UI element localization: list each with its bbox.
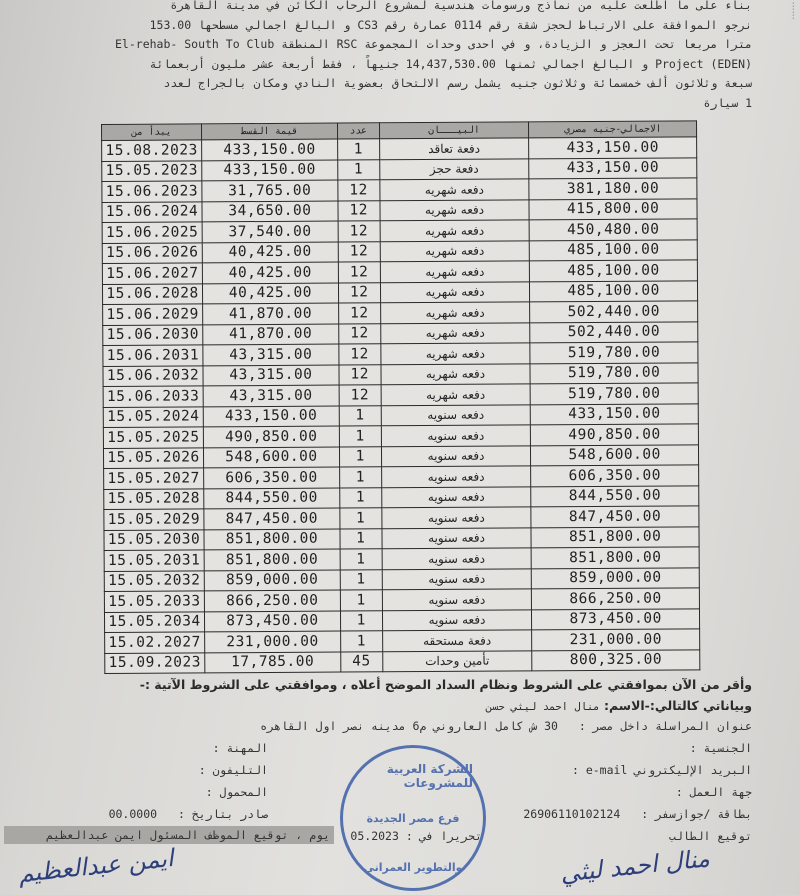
terms-section: وأقر من الآن بموافقتي على الشروط ونظام ا… — [12, 674, 752, 718]
cell-installment-value: 41,870.00 — [203, 303, 339, 324]
cell-description: دفعه شهريه — [380, 322, 530, 343]
cell-total: 433,150.00 — [529, 157, 697, 179]
cell-installment-value: 43,315.00 — [203, 385, 339, 406]
cell-description: دفعه شهريه — [381, 343, 531, 364]
cell-count: 1 — [339, 446, 381, 467]
cell-installment-value: 40,425.00 — [202, 242, 338, 263]
cell-description: دفعه سنويه — [381, 486, 531, 507]
id-field: بطاقة /جوازسفر : 26906110102124 — [523, 807, 752, 821]
cell-count: 1 — [338, 159, 380, 180]
name-value: منال احمد ليثي حسن — [486, 701, 600, 713]
cell-count: 1 — [340, 528, 382, 549]
cell-start-date: 15.06.2029 — [103, 304, 203, 325]
issued-label: صادر بتاريخ : — [178, 807, 268, 821]
cell-total: 485,100.00 — [530, 260, 698, 282]
cell-description: دفعه شهريه — [380, 220, 530, 241]
cell-count: 12 — [338, 262, 380, 283]
cell-start-date: 15.05.2023 — [102, 160, 202, 181]
cell-start-date: 15.08.2023 — [102, 140, 202, 161]
cell-count: 1 — [340, 610, 382, 631]
cell-description: دفعه سنويه — [382, 527, 532, 548]
profession-label: المهنة : — [213, 741, 268, 755]
cell-start-date: 15.09.2023 — [105, 652, 205, 673]
name-label: وبياناتي كالتالي:-الاسم: — [604, 698, 752, 713]
cell-description: دفعه سنويه — [382, 589, 532, 610]
intro-line: Project (EDEN) و البالغ اجمالي ثمنها 14,… — [12, 55, 752, 75]
cell-description: دفعه سنويه — [381, 425, 531, 446]
cell-total: 847,450.00 — [531, 506, 699, 528]
nationality-field: الجنسية : — [690, 741, 752, 755]
cell-count: 1 — [340, 508, 382, 529]
margin-marks: ::: — [791, 2, 796, 20]
cell-description: دفعه سنويه — [382, 568, 532, 589]
cell-installment-value: 433,150.00 — [203, 406, 339, 427]
cell-total: 433,150.00 — [531, 403, 699, 425]
cell-installment-value: 606,350.00 — [204, 467, 340, 488]
cell-installment-value: 851,800.00 — [204, 549, 340, 570]
cell-description: دفعه سنويه — [381, 466, 531, 487]
cell-start-date: 15.06.2023 — [102, 181, 202, 202]
phone-label: التليفون : — [199, 763, 268, 777]
intro-line: مترا مربعا تحت العجز و الزيادة، و في احد… — [12, 35, 752, 55]
stamp-top-text: الشركة العربية للمشروعات — [353, 762, 473, 790]
phone-field: التليفون : — [199, 763, 268, 777]
cell-total: 485,100.00 — [530, 280, 698, 302]
header-total: الاجمالي-جنيه مصري — [529, 121, 697, 138]
cell-count: 1 — [340, 631, 382, 652]
cell-installment-value: 17,785.00 — [205, 652, 341, 673]
cell-start-date: 15.05.2033 — [104, 591, 204, 612]
address-field: عنوان المراسلة داخل مصر : 30 ش كامل العا… — [260, 719, 752, 733]
cell-start-date: 15.02.2027 — [105, 632, 205, 653]
cell-installment-value: 41,870.00 — [203, 324, 339, 345]
table-body: 15.08.2023433,150.001دفعة تعاقد433,150.0… — [102, 137, 700, 674]
cell-start-date: 15.06.2031 — [103, 345, 203, 366]
cell-installment-value: 43,315.00 — [203, 365, 339, 386]
terms-name-line: وبياناتي كالتالي:-الاسم: منال احمد ليثي … — [12, 695, 752, 718]
cell-description: دفعه شهريه — [381, 363, 531, 384]
cell-description: دفعه شهريه — [380, 199, 530, 220]
cell-start-date: 15.05.2026 — [103, 447, 203, 468]
cell-count: 12 — [339, 344, 381, 365]
cell-description: دفعه سنويه — [381, 404, 531, 425]
cell-start-date: 15.05.2031 — [104, 550, 204, 571]
cell-count: 1 — [337, 139, 379, 160]
cell-total: 502,440.00 — [530, 301, 698, 323]
cell-total: 415,800.00 — [529, 198, 697, 220]
payment-schedule-table: يبدأ من قيمة القسط عدد البيـــان الاجمال… — [101, 120, 700, 674]
cell-installment-value: 37,540.00 — [202, 221, 338, 242]
cell-total: 381,180.00 — [529, 178, 697, 200]
cell-start-date: 15.06.2028 — [102, 283, 202, 304]
email-field: البريد الإليكتروني e-mail : — [572, 763, 752, 777]
day-label: يوم — [309, 828, 330, 842]
cell-count: 12 — [338, 282, 380, 303]
cell-total: 548,600.00 — [531, 444, 699, 466]
cell-start-date: 15.06.2025 — [102, 222, 202, 243]
cell-installment-value: 34,650.00 — [202, 201, 338, 222]
cell-description: دفعه شهريه — [381, 384, 531, 405]
header-count: عدد — [337, 123, 379, 139]
table-row: 15.09.202317,785.0045تأمين وحدات800,325.… — [105, 649, 700, 673]
cell-installment-value: 433,150.00 — [202, 160, 338, 181]
cell-total: 606,350.00 — [531, 465, 699, 487]
cell-total: 873,450.00 — [532, 608, 700, 630]
cell-total: 485,100.00 — [530, 239, 698, 261]
cell-installment-value: 851,800.00 — [204, 529, 340, 550]
id-label: بطاقة /جوازسفر : — [641, 807, 752, 821]
cell-total: 433,150.00 — [529, 137, 697, 159]
officer-name: ايمن عبدالعظيم — [46, 828, 143, 842]
intro-line: 1 سيارة — [12, 94, 752, 114]
cell-installment-value: 40,425.00 — [202, 283, 338, 304]
scanned-contract-page: ::: بناء على ما اطلعت عليه من نماذج ورسو… — [0, 0, 800, 895]
cell-installment-value: 433,150.00 — [202, 139, 338, 160]
id-value: 26906110102124 — [523, 807, 620, 821]
cell-count: 1 — [339, 467, 381, 488]
cell-total: 502,440.00 — [530, 321, 698, 343]
cell-installment-value: 548,600.00 — [203, 447, 339, 468]
cell-total: 851,800.00 — [531, 526, 699, 548]
issued-value: 00.0000 — [109, 807, 157, 821]
cell-start-date: 15.05.2027 — [104, 468, 204, 489]
cell-total: 231,000.00 — [532, 629, 700, 651]
nationality-label: الجنسية : — [690, 741, 752, 755]
cell-description: دفعه شهريه — [380, 281, 530, 302]
cell-description: دفعه سنويه — [382, 609, 532, 630]
cell-description: دفعه شهريه — [380, 240, 530, 261]
header-start-date: يبدأ من — [102, 124, 202, 141]
cell-start-date: 15.05.2029 — [104, 509, 204, 530]
cell-description: دفعه شهريه — [380, 302, 530, 323]
cell-start-date: 15.06.2032 — [103, 365, 203, 386]
cell-installment-value: 43,315.00 — [203, 344, 339, 365]
profession-field: المهنة : — [213, 741, 268, 755]
applicant-signature-label: توقيع الطالب — [669, 829, 752, 843]
cell-installment-value: 859,000.00 — [204, 570, 340, 591]
cell-description: دفعه سنويه — [381, 445, 531, 466]
cell-description: دفعه شهريه — [380, 261, 530, 282]
employer-field: جهة العمل : — [676, 785, 752, 799]
cell-total: 800,325.00 — [532, 649, 700, 671]
cell-total: 519,780.00 — [530, 383, 698, 405]
header-description: البيـــان — [379, 122, 529, 139]
issued-date-field: صادر بتاريخ : 00.0000 — [109, 807, 268, 821]
cell-description: دفعه شهريه — [380, 179, 530, 200]
cell-count: 45 — [341, 651, 383, 672]
cell-count: 1 — [340, 487, 382, 508]
cell-start-date: 15.05.2032 — [104, 570, 204, 591]
stamp-bottom-text: والتطوير العمراني — [364, 861, 463, 874]
cell-count: 1 — [340, 590, 382, 611]
cell-installment-value: 847,450.00 — [204, 508, 340, 529]
cell-installment-value: 31,765.00 — [202, 180, 338, 201]
company-stamp: الشركة العربية للمشروعات فرع مصر الجديدة… — [340, 745, 486, 891]
cell-installment-value: 844,550.00 — [204, 488, 340, 509]
cell-total: 859,000.00 — [532, 567, 700, 589]
cell-total: 450,480.00 — [529, 219, 697, 241]
cell-count: 12 — [338, 180, 380, 201]
cell-start-date: 15.06.2024 — [102, 201, 202, 222]
cell-start-date: 15.05.2024 — [103, 406, 203, 427]
cell-count: 12 — [338, 241, 380, 262]
cell-start-date: 15.05.2025 — [103, 427, 203, 448]
address-value: 30 ش كامل العاروني م6 مدينه نصر اول القا… — [260, 719, 558, 733]
cell-count: 1 — [340, 549, 382, 570]
mobile-field: المحمول : — [206, 785, 268, 799]
cell-installment-value: 40,425.00 — [202, 262, 338, 283]
cell-start-date: 15.06.2026 — [102, 242, 202, 263]
cell-description: دفعة مستحقه — [382, 630, 532, 651]
employer-label: جهة العمل : — [676, 785, 752, 799]
cell-description: تأمين وحدات — [382, 650, 532, 671]
cell-start-date: 15.05.2028 — [104, 488, 204, 509]
email-label: البريد الإليكتروني e-mail : — [572, 763, 752, 777]
cell-count: 12 — [338, 221, 380, 242]
cell-description: دفعة تعاقد — [379, 138, 529, 159]
cell-count: 12 — [339, 323, 381, 344]
header-installment-value: قيمة القسط — [201, 123, 337, 140]
intro-paragraph: بناء على ما اطلعت عليه من نماذج ورسومات … — [12, 0, 752, 114]
cell-description: دفعة حجز — [379, 158, 529, 179]
intro-line: سبعة وثلاثون ألف خمسمائة وثلاثون جنيه يش… — [12, 74, 752, 94]
cell-count: 1 — [339, 405, 381, 426]
officer-signature-label: توقيع الموظف المسئول — [150, 828, 288, 842]
cell-count: 12 — [339, 385, 381, 406]
mobile-label: المحمول : — [206, 785, 268, 799]
cell-total: 851,800.00 — [531, 547, 699, 569]
cell-count: 1 — [339, 426, 381, 447]
cell-total: 844,550.00 — [531, 485, 699, 507]
cell-count: 12 — [338, 303, 380, 324]
cell-start-date: 15.05.2034 — [104, 611, 204, 632]
cell-start-date: 15.06.2030 — [103, 324, 203, 345]
cell-total: 490,850.00 — [531, 424, 699, 446]
address-label: عنوان المراسلة داخل مصر : — [579, 719, 752, 733]
officer-handwritten-signature: ايمن عبدالعظيم — [17, 844, 175, 888]
cell-total: 519,780.00 — [530, 362, 698, 384]
cell-description: دفعه سنويه — [382, 548, 532, 569]
cell-installment-value: 490,850.00 — [203, 426, 339, 447]
applicant-handwritten-signature: منال احمد ليثي — [559, 844, 711, 888]
cell-count: 12 — [339, 364, 381, 385]
cell-description: دفعه سنويه — [382, 507, 532, 528]
intro-line: بناء على ما اطلعت عليه من نماذج ورسومات … — [12, 0, 752, 16]
terms-agreement-line: وأقر من الآن بموافقتي على الشروط ونظام ا… — [12, 674, 752, 695]
cell-count: 12 — [338, 200, 380, 221]
cell-installment-value: 866,250.00 — [204, 590, 340, 611]
cell-total: 866,250.00 — [532, 588, 700, 610]
cell-start-date: 15.05.2030 — [104, 529, 204, 550]
cell-installment-value: 231,000.00 — [205, 631, 341, 652]
cell-start-date: 15.06.2027 — [102, 263, 202, 284]
intro-line: نرجو الموافقة على الارتباط لحجز شقة رقم … — [12, 16, 752, 36]
cell-count: 1 — [340, 569, 382, 590]
cell-total: 519,780.00 — [530, 342, 698, 364]
cell-installment-value: 873,450.00 — [204, 611, 340, 632]
cell-start-date: 15.06.2033 — [103, 386, 203, 407]
officer-signature-field: يوم ، توقيع الموظف المسئول ايمن عبدالعظي… — [4, 826, 334, 844]
stamp-middle-text: فرع مصر الجديدة — [367, 812, 460, 825]
applicant-signature-field: توقيع الطالب — [669, 829, 752, 843]
